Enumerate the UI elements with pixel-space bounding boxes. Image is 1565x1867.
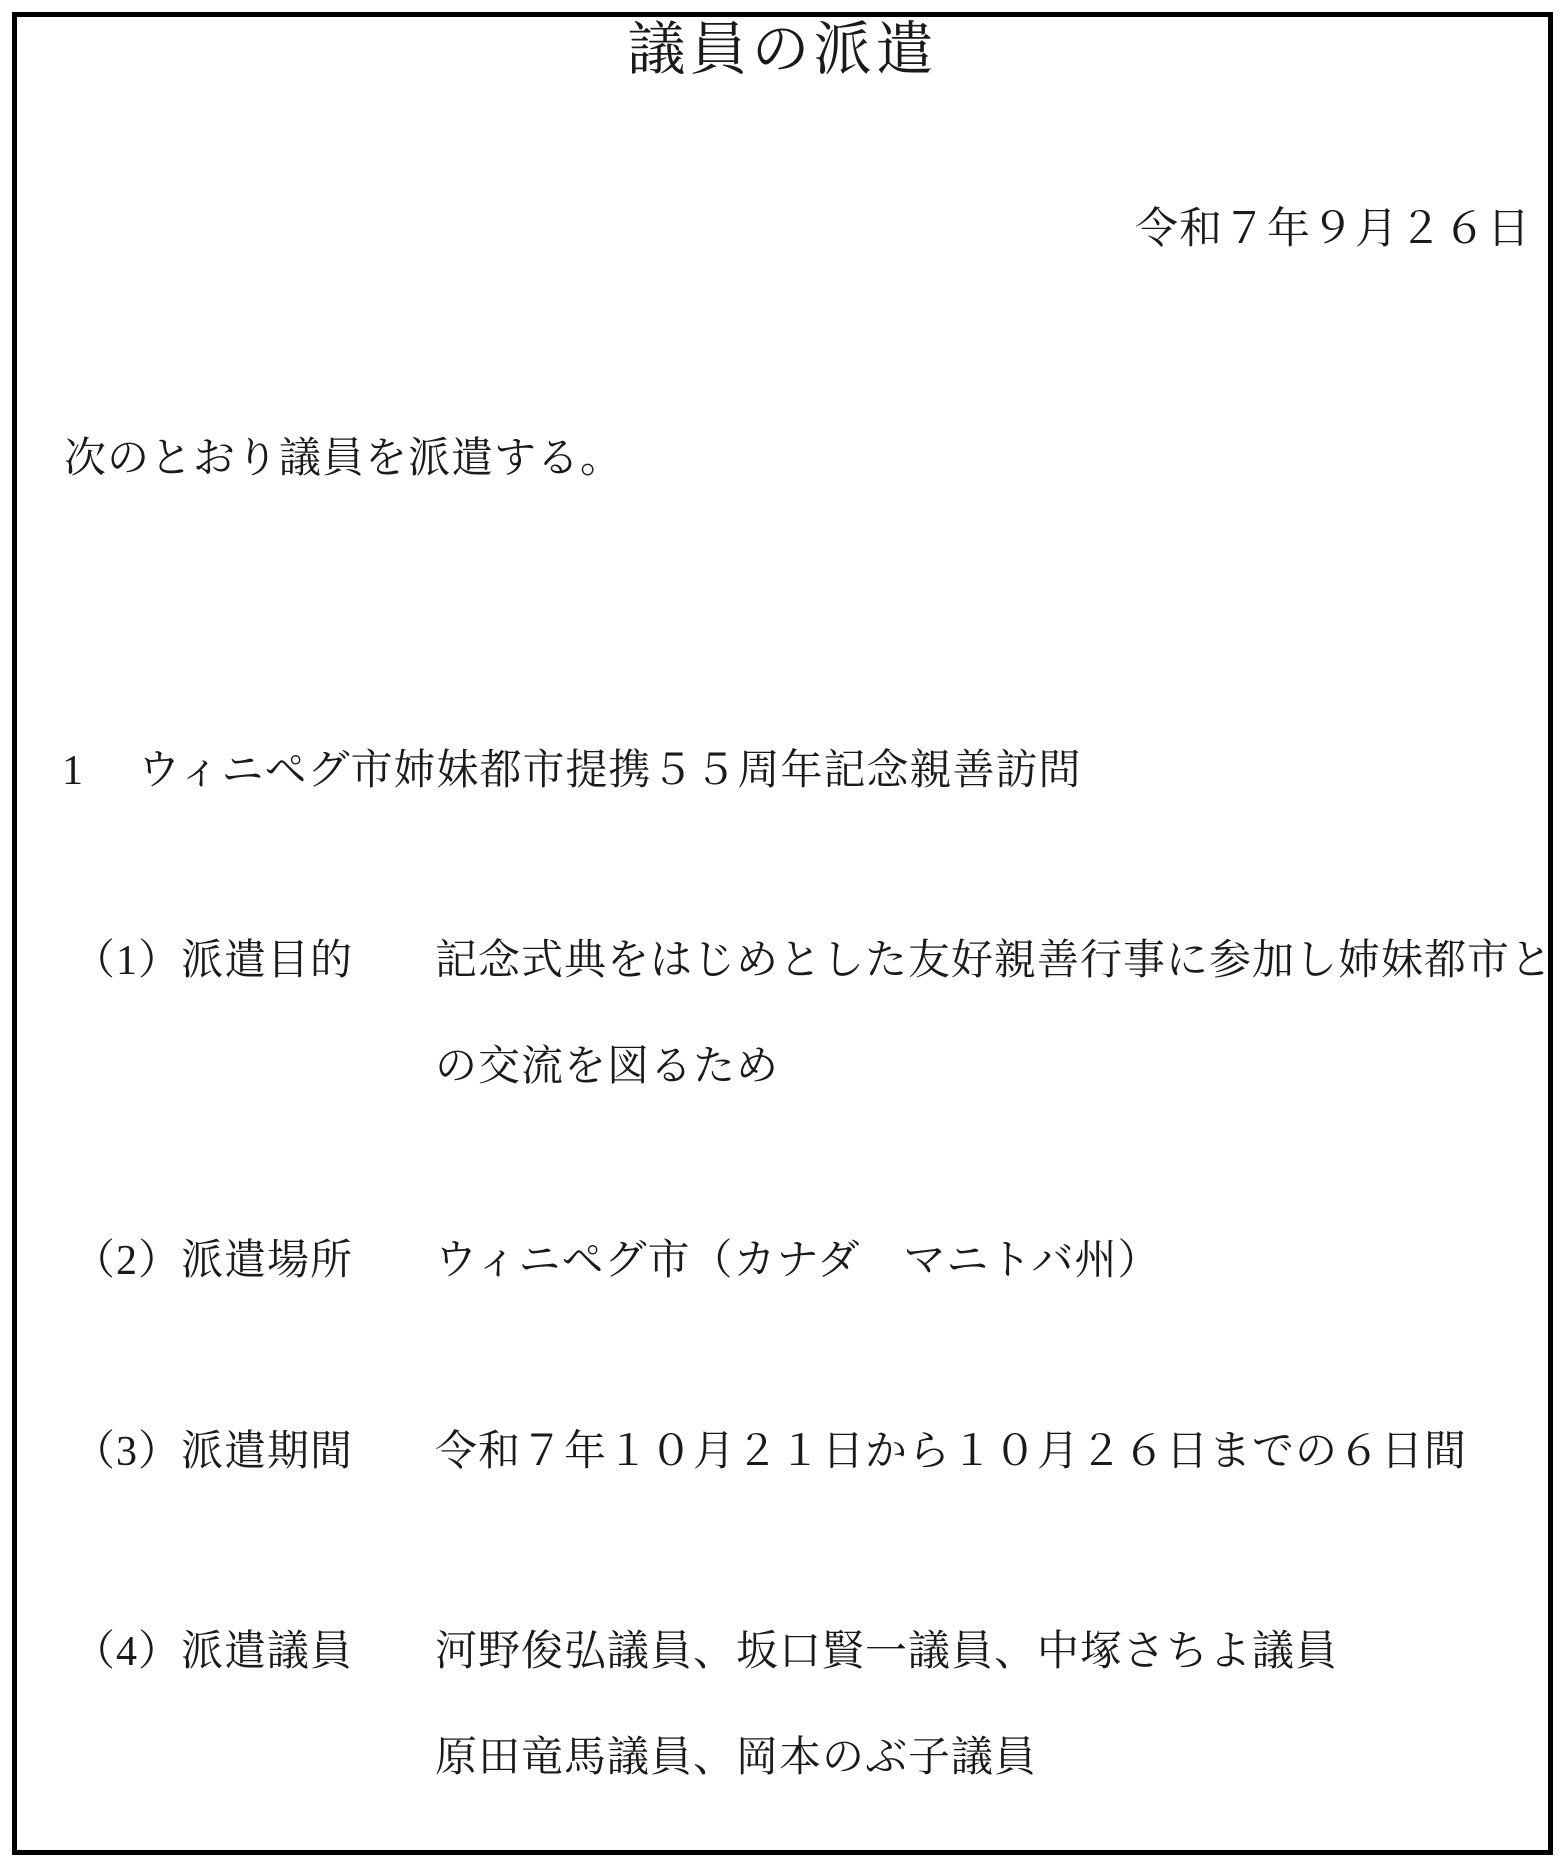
item-purpose-value-2: の交流を図るため	[435, 1046, 779, 1088]
item-location-line: （2）派遣場所 ウィニペグ市（カナダ マニトバ州）	[0, 1240, 1565, 1300]
section-number: 1	[62, 750, 83, 792]
item-members-line-1: （4）派遣議員 河野俊弘議員、坂口賢一議員、中塚さちよ議員	[0, 1631, 1565, 1691]
document-title: 議員の派遣	[0, 18, 1565, 82]
item-members-label: （4）派遣議員	[73, 1631, 353, 1673]
item-purpose-line-1: （1）派遣目的 記念式典をはじめとした友好親善行事に参加し姉妹都市と	[0, 940, 1565, 1000]
section-title: ウィニペグ市姉妹都市提携５５周年記念親善訪問	[138, 750, 1081, 792]
intro-text: 次のとおり議員を派遣する。	[64, 438, 623, 480]
document-date: 令和７年９月２６日	[1135, 208, 1531, 251]
item-purpose-line-2: の交流を図るため	[0, 1046, 1565, 1106]
item-members-value-2: 原田竜馬議員、岡本のぶ子議員	[435, 1737, 1037, 1779]
item-location-label: （2）派遣場所	[73, 1240, 353, 1282]
item-period-line: （3）派遣期間 令和７年１０月２１日から１０月２６日までの６日間	[0, 1431, 1565, 1491]
item-period-value: 令和７年１０月２１日から１０月２６日までの６日間	[435, 1431, 1467, 1473]
item-purpose-value-1: 記念式典をはじめとした友好親善行事に参加し姉妹都市と	[435, 940, 1553, 982]
section-heading: 1 ウィニペグ市姉妹都市提携５５周年記念親善訪問	[0, 750, 1565, 810]
page-border	[12, 12, 1553, 1855]
item-purpose-label: （1）派遣目的	[73, 940, 353, 982]
item-members-line-2: 原田竜馬議員、岡本のぶ子議員	[0, 1737, 1565, 1797]
item-location-value: ウィニペグ市（カナダ マニトバ州）	[435, 1240, 1161, 1282]
item-period-label: （3）派遣期間	[73, 1431, 353, 1473]
item-members-value-1: 河野俊弘議員、坂口賢一議員、中塚さちよ議員	[435, 1631, 1338, 1673]
document-page: 議員の派遣 令和７年９月２６日 次のとおり議員を派遣する。 1 ウィニペグ市姉妹…	[0, 0, 1565, 1867]
